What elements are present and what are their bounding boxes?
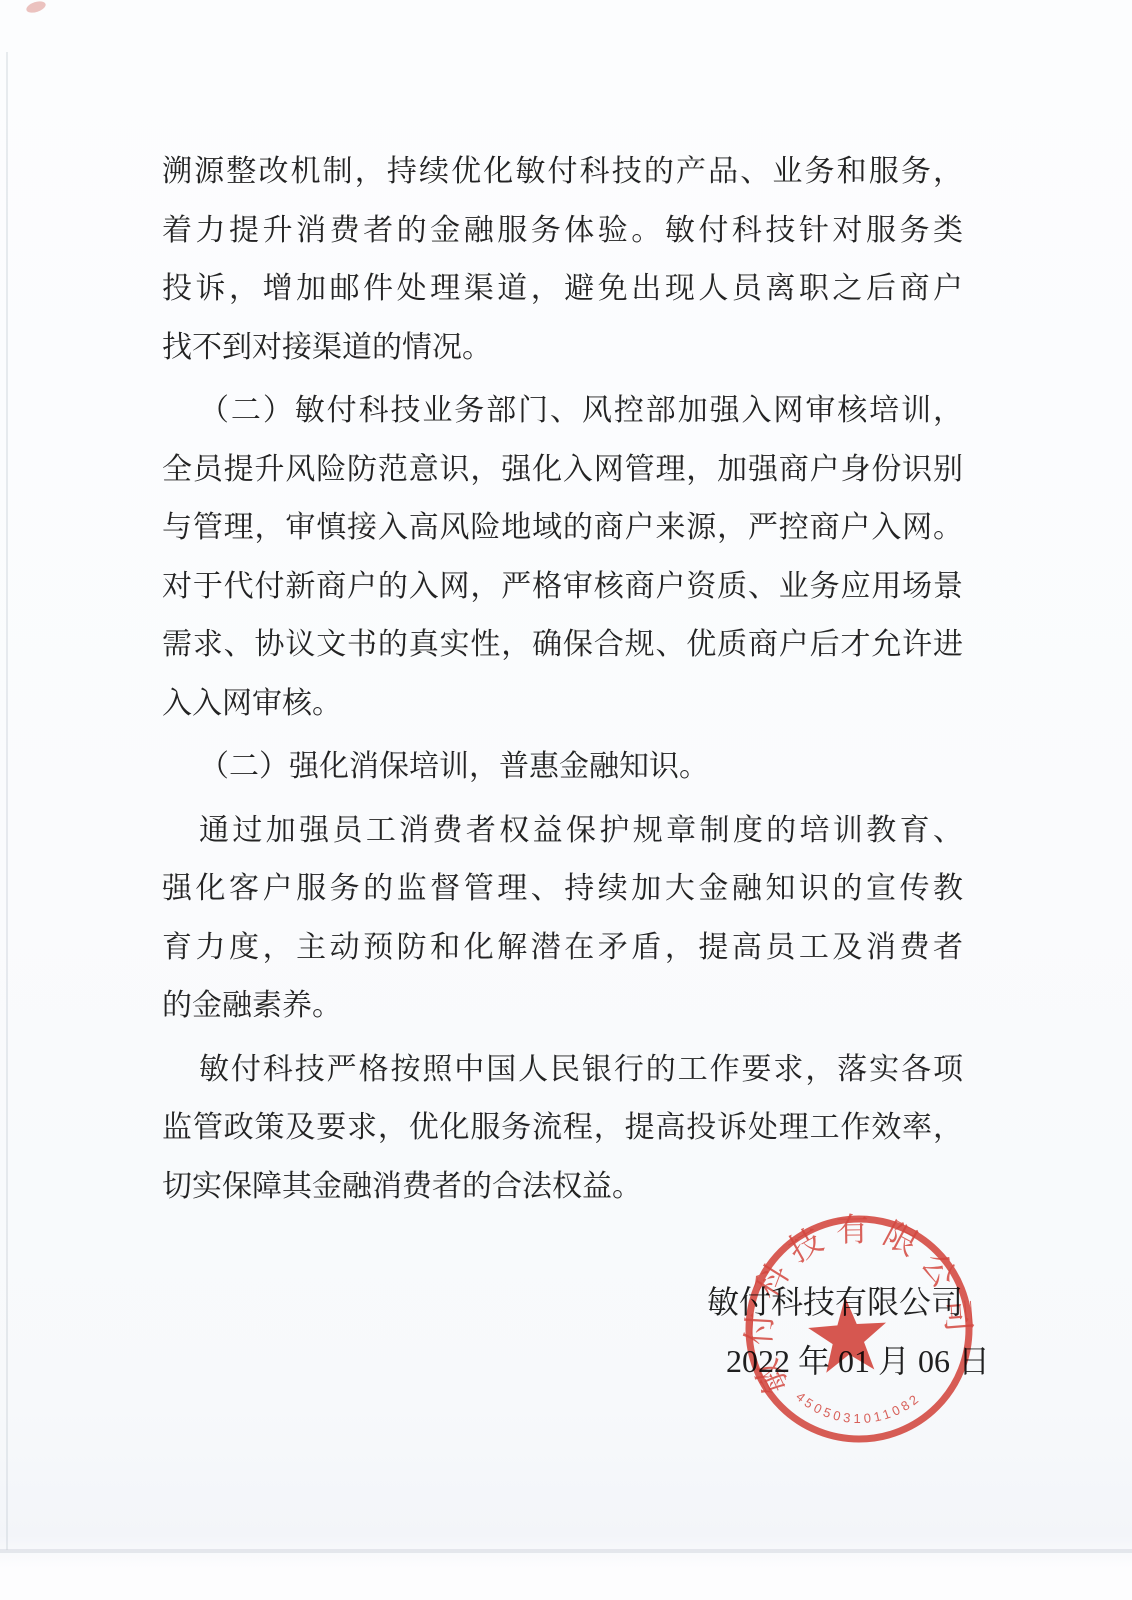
paragraph-3: （二）强化消保培训，普惠金融知识。 bbox=[162, 738, 963, 797]
seal-serial-number: 4505031011082 bbox=[793, 1389, 923, 1426]
text-line: （二）强化消保培训，普惠金融知识。 bbox=[162, 738, 963, 797]
text-line: 全员提升风险防范意识，强化入网管理，加强商户身份识别 bbox=[162, 441, 963, 500]
text-line: 投诉，增加邮件处理渠道，避免出现人员离职之后商户 bbox=[162, 260, 963, 319]
paragraph-4: 通过加强员工消费者权益保护规章制度的培训教育、 强化客户服务的监督管理、持续加大… bbox=[162, 802, 963, 1036]
paragraph-5: 敏付科技严格按照中国人民银行的工作要求，落实各项 监管政策及要求，优化服务流程，… bbox=[162, 1041, 963, 1217]
text-line: 通过加强员工消费者权益保护规章制度的培训教育、 bbox=[162, 802, 963, 861]
text-line: 对于代付新商户的入网，严格审核商户资质、业务应用场景 bbox=[162, 558, 963, 617]
text-line: 育力度，主动预防和化解潜在矛盾，提高员工及消费者 bbox=[162, 919, 963, 978]
scanned-paper-background: 溯源整改机制，持续优化敏付科技的产品、业务和服务， 着力提升消费者的金融服务体验… bbox=[0, 0, 1132, 1600]
company-seal-stamp: 敏付科技有限公司 4505031011082 bbox=[738, 1208, 980, 1450]
text-line: （二）敏付科技业务部门、风控部加强入网审核培训， bbox=[162, 382, 963, 441]
text-line: 入入网审核。 bbox=[162, 675, 963, 734]
scan-ink-smudge bbox=[25, 0, 47, 15]
scan-page-edge-left bbox=[6, 52, 8, 1550]
text-line: 的金融素养。 bbox=[162, 977, 963, 1036]
seal-arc-text: 敏付科技有限公司 bbox=[742, 1212, 976, 1399]
document-text-block: 溯源整改机制，持续优化敏付科技的产品、业务和服务， 着力提升消费者的金融服务体验… bbox=[162, 143, 963, 1221]
seal-star-icon bbox=[806, 1294, 889, 1373]
paragraph-1: 溯源整改机制，持续优化敏付科技的产品、业务和服务， 着力提升消费者的金融服务体验… bbox=[162, 143, 963, 377]
text-line: 敏付科技严格按照中国人民银行的工作要求，落实各项 bbox=[162, 1041, 963, 1100]
text-line: 强化客户服务的监督管理、持续加大金融知识的宣传教 bbox=[162, 860, 963, 919]
text-line: 找不到对接渠道的情况。 bbox=[162, 319, 963, 378]
text-line: 着力提升消费者的金融服务体验。敏付科技针对服务类 bbox=[162, 202, 963, 261]
text-line: 溯源整改机制，持续优化敏付科技的产品、业务和服务， bbox=[162, 143, 963, 202]
paragraph-2: （二）敏付科技业务部门、风控部加强入网审核培训， 全员提升风险防范意识，强化入网… bbox=[162, 382, 963, 733]
text-line: 监管政策及要求，优化服务流程，提高投诉处理工作效率， bbox=[162, 1099, 963, 1158]
scan-page-edge-bottom bbox=[0, 1549, 1132, 1553]
text-line: 需求、协议文书的真实性，确保合规、优质商户后才允许进 bbox=[162, 616, 963, 675]
text-line: 与管理，审慎接入高风险地域的商户来源，严控商户入网。 bbox=[162, 499, 963, 558]
